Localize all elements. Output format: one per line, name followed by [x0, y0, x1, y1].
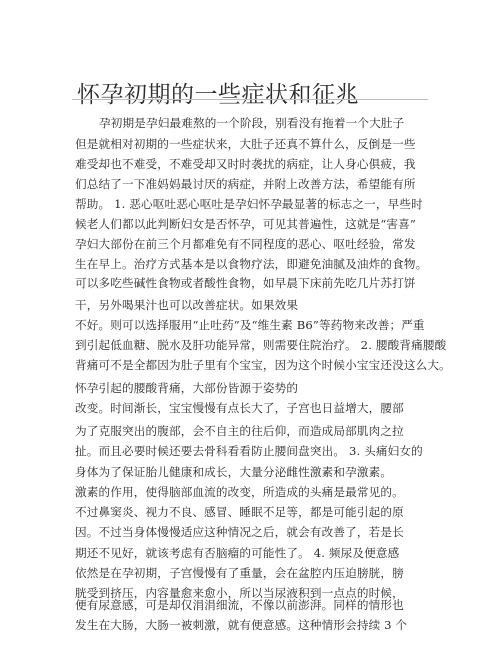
paragraph-line: 孕妇大部份在前三个月都难免有不同程度的恶心、呕吐经验，常发 [75, 236, 416, 252]
paragraph-line: 不过鼻窦炎、视力不良、感冒、睡眠不足等，都是可能引起的原 [75, 504, 404, 520]
page-title: 怀孕初期的一些症状和征兆 [77, 81, 359, 109]
paragraph-line: 们总结了一下准妈妈最讨厌的病症，并附上改善方法，希望能有所 [75, 176, 416, 192]
paragraph-line: 可以多吃些碱性食物或者酸性食物，如早晨下床前先吃几片苏打饼 [75, 275, 416, 291]
paragraph-line: 干，另外喝果汁也可以改善症状。如果效果 [75, 297, 298, 313]
paragraph-line: 背痛可不是全都因为肚子里有个宝宝，因为这个时候小宝宝还没这么大。 [75, 357, 451, 373]
paragraph-line: 到引起低血糖、脱水及肝功能异常，则需要住院治疗。 2. 腰酸背痛腰酸 [75, 337, 446, 353]
document-page: 怀孕初期的一些症状和征兆 孕初期是孕妇最难熬的一个阶段，别看没有拖着一个大肚子但… [0, 0, 500, 648]
paragraph-line: 候老人们都以此判断妇女是否怀孕，可见其普遍性，这就是“害喜” [75, 216, 416, 232]
paragraph-line: 依然是在孕初期，子宫慢慢有了重量，会在盆腔内压迫膀胱，膀 [75, 565, 404, 581]
paragraph-line: 改变。时间渐长，宝宝慢慢有点长大了，子宫也日益增大，腰部 [75, 400, 404, 416]
paragraph-line: 因。不过当身体慢慢适应这种情况之后，就会有改善了，若是长 [75, 524, 404, 540]
paragraph-line: 期还不见好，就该考虑有否脑瘤的可能性了。 4. 频尿及便意感 [75, 545, 399, 561]
paragraph-line: 身体为了保证胎儿健康和成长，大量分泌雌性激素和孕激素。 [75, 464, 392, 480]
paragraph-line: 帮助。 1. 恶心呕吐恶心呕吐是孕妇怀孕最显著的标志之一，早些时 [75, 196, 423, 212]
paragraph-line: 激素的作用，使得脑部血流的改变，所造成的头痛是最常见的。 [75, 484, 404, 500]
paragraph-line: 为了克服突出的腹部，会不自主的往后仰，而造成局部肌肉之拉 [75, 423, 404, 439]
paragraph-line: 但是就相对初期的一些症状来，大肚子还真不算什么，反倒是一些 [75, 136, 416, 152]
paragraph-line: 难受却也不难受，不难受却又时时袭扰的病症，让人身心俱疲，我 [75, 156, 416, 172]
paragraph-line: 生在早上。治疗方式基本是以食物疗法，即避免油腻及油炸的食物。 [75, 256, 427, 272]
paragraph-line: 扯。而且必要时候还要去骨科看看防止腰间盘突出。 3. 头痛妇女的 [75, 443, 423, 459]
title-divider [72, 99, 428, 100]
paragraph-line: 便有尿意感，可是却仅涓涓细流，不像以前澎湃。同样的情形也 [75, 597, 404, 613]
paragraph-line: 不好。则可以选择服用“止吐药”及“维生素 B6”等药物来改善；严重 [75, 317, 425, 333]
paragraph-line: 怀孕引起的腰酸背痛，大部份皆源于姿势的 [75, 380, 298, 396]
paragraph-line: 发生在大肠，大肠一被刺激，就有便意感。这种情形会持续 3 个 [75, 617, 407, 633]
paragraph-line: 孕初期是孕妇最难熬的一个阶段，别看没有拖着一个大肚子 [99, 115, 404, 131]
